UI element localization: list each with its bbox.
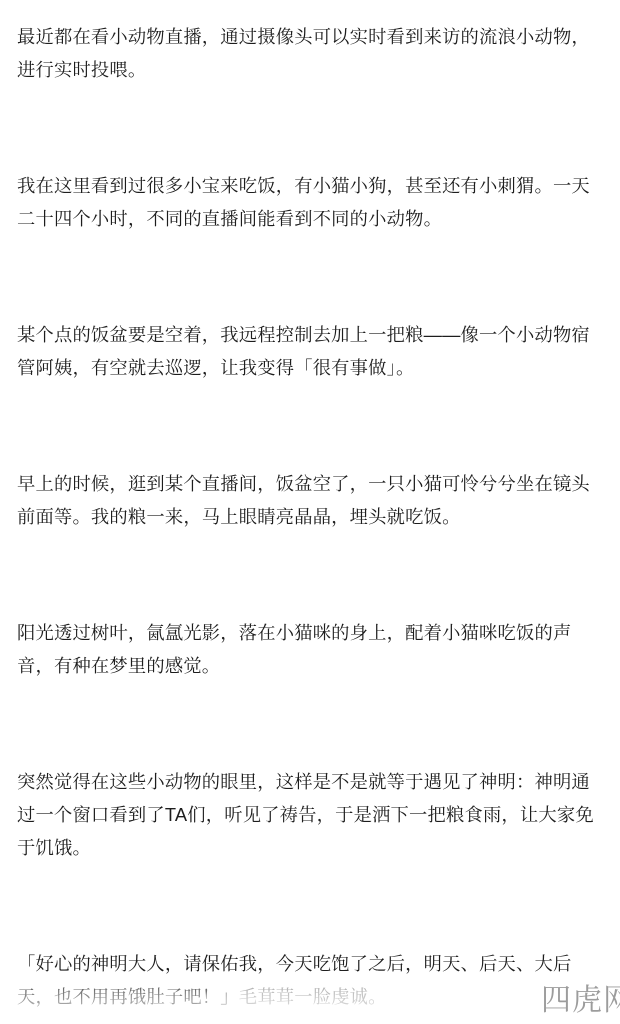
paragraph-4: 早上的时候，逛到某个直播间，饭盆空了，一只小猫可怜兮兮坐在镜头前面等。我的粮一来… — [17, 467, 603, 533]
paragraph-5: 阳光透过树叶，氤氲光影，落在小猫咪的身上，配着小猫咪吃饭的声音，有种在梦里的感觉… — [17, 616, 603, 682]
final-faded-text: 毛茸茸一脸虔诚。 — [239, 986, 387, 1007]
article-page: 最近都在看小动物直播，通过摄像头可以实时看到来访的流浪小动物，进行实时投喂。 我… — [0, 0, 620, 1024]
paragraph-3: 某个点的饭盆要是空着，我远程控制去加上一把粮——像一个小动物宿管阿姨，有空就去巡… — [17, 318, 603, 384]
paragraph-2: 我在这里看到过很多小宝来吃饭，有小猫小狗，甚至还有小刺猬。一天二十四个小时，不同… — [17, 169, 603, 235]
paragraph-1: 最近都在看小动物直播，通过摄像头可以实时看到来访的流浪小动物，进行实时投喂。 — [17, 20, 603, 86]
site-watermark: 四虎网 — [541, 986, 620, 1016]
paragraph-6: 突然觉得在这些小动物的眼里，这样是不是就等于遇见了神明：神明通过一个窗口看到了T… — [17, 765, 603, 864]
paragraph-7: 「好心的神明大人，请保佑我，今天吃饱了之后，明天、后天、大后天，也不用再饿肚子吧… — [17, 947, 603, 1013]
article-body: 最近都在看小动物直播，通过摄像头可以实时看到来访的流浪小动物，进行实时投喂。 我… — [0, 0, 620, 1013]
